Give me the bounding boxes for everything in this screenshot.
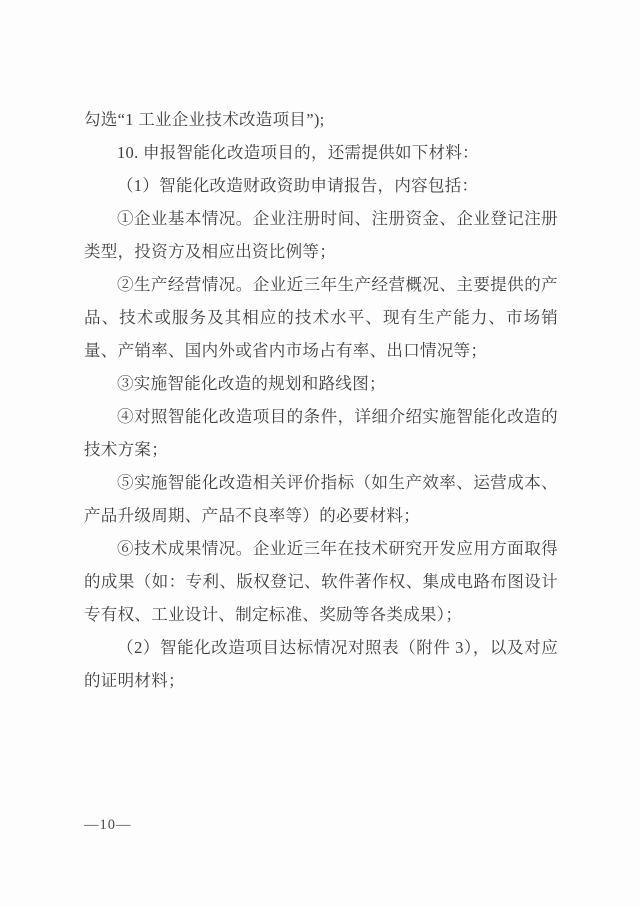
paragraph-circled-1: ①企业基本情况。企业注册时间、注册资金、企业登记注册类型，投资方及相应出资比例等… [84,202,558,268]
paragraph-circled-6: ⑥技术成果情况。企业近三年在技术研究开发应用方面取得的成果（如：专利、版权登记、… [84,532,558,631]
paragraph-circled-5: ⑤实施智能化改造相关评价指标（如生产效率、运营成本、产品升级周期、产品不良率等）… [84,466,558,532]
paragraph-circled-3: ③实施智能化改造的规划和路线图； [84,367,558,400]
paragraph-circled-2: ②生产经营情况。企业近三年生产经营概况、主要提供的产品、技术或服务及其相应的技术… [84,268,558,367]
paragraph-subitem-2: （2）智能化改造项目达标情况对照表（附件 3），以及对应的证明材料； [84,631,558,697]
document-page: 勾选“1 工业企业技术改造项目”); 10. 申报智能化改造项目的，还需提供如下… [0,0,640,906]
paragraph-circled-4: ④对照智能化改造项目的条件，详细介绍实施智能化改造的技术方案； [84,400,558,466]
page-number: —10— [84,817,132,834]
paragraph-item-10: 10. 申报智能化改造项目的，还需提供如下材料： [84,136,558,169]
paragraph-continuation: 勾选“1 工业企业技术改造项目”); [84,103,558,136]
document-body: 勾选“1 工业企业技术改造项目”); 10. 申报智能化改造项目的，还需提供如下… [84,103,558,697]
paragraph-subitem-1: （1）智能化改造财政资助申请报告，内容包括： [84,169,558,202]
